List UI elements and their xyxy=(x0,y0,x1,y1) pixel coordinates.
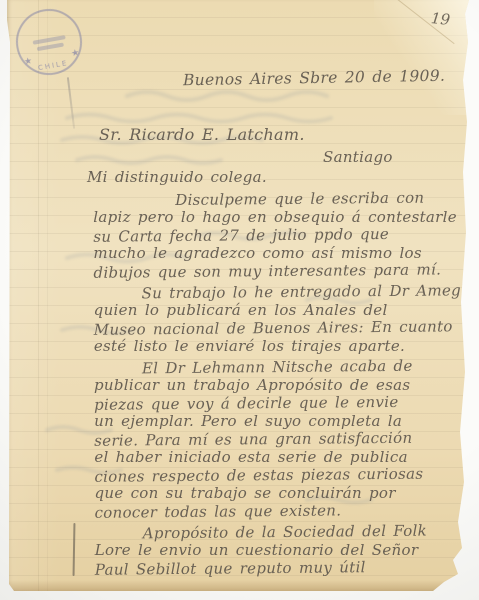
letter-paper: ★ ★ CHILE 19 Buenos Aires Sbre 20 de 190… xyxy=(7,0,469,591)
letter-line: piezas que voy á decirle que le envie xyxy=(94,392,466,414)
letter-line: conocer todas las que existen. xyxy=(94,500,466,522)
dateline: Buenos Aires Sbre 20 de 1909. xyxy=(183,67,445,90)
letter-line: dibujos que son muy interesantes para mí… xyxy=(93,260,465,282)
library-stamp: ★ ★ CHILE xyxy=(11,4,87,80)
paper-fold-line xyxy=(38,0,39,591)
paragraph: El Dr Lehmann Nitsche acaba de publicar … xyxy=(94,357,467,521)
letter-line: Apropósito de la Sociedad del Folk xyxy=(95,521,467,543)
letter-line: serie. Para mí es una gran satisfacción xyxy=(94,428,466,450)
letter-line: el haber iniciado esta serie de publica xyxy=(94,448,466,466)
letter-line: que con su trabajo se concluirán por xyxy=(94,484,466,502)
letter-line: esté listo le enviaré los tirajes aparte… xyxy=(94,337,466,355)
paragraph: Disculpeme que le escriba con lapiz pero… xyxy=(93,189,465,281)
stamp-smudge xyxy=(37,43,64,52)
letter-line: Su trabajo lo he entregado al Dr Ameghin… xyxy=(94,281,466,303)
margin-pencil-mark xyxy=(73,523,76,576)
salutation: Mi distinguido colega. xyxy=(87,168,267,186)
letter-line: su Carta fecha 27 de julio ppdo que xyxy=(93,224,465,246)
letter-line: Paul Sebillot que reputo muy útil xyxy=(95,557,467,579)
letter-line: Museo nacional de Buenos Aires: En cuant… xyxy=(94,317,466,339)
recipient-city: Santiago xyxy=(323,148,393,166)
recipient-name: Sr. Ricardo E. Latcham. xyxy=(99,125,305,144)
letter-line: quien lo publicará en los Anales del xyxy=(94,301,466,319)
paragraph: Su trabajo lo he entregado al Dr Ameghin… xyxy=(94,282,466,356)
letter-body: Disculpeme que le escriba con lapiz pero… xyxy=(93,189,467,581)
letter-line: un ejemplar. Pero el suyo completa la xyxy=(94,412,466,430)
paragraph: Apropósito de la Sociedad del Folk Lore … xyxy=(95,522,467,578)
page-number: 19 xyxy=(430,9,451,29)
pencil-stroke xyxy=(67,77,75,129)
letter-line: publicar un trabajo Apropósito de esas xyxy=(94,376,466,394)
letter-line: lapiz pero lo hago en obsequio á contest… xyxy=(93,208,465,226)
letter-line: Disculpeme que le escriba con xyxy=(93,188,465,210)
letter-line: El Dr Lehmann Nitsche acaba de xyxy=(94,356,466,378)
letter-line: Lore le envio un cuestionario del Señor xyxy=(95,541,467,559)
scanned-letter-page: { "document": { "page_number": "19", "st… xyxy=(0,0,479,600)
letter-line: ciones respecto de estas piezas curiosas xyxy=(94,464,466,486)
letter-line: mucho le agradezco como así mismo los xyxy=(93,244,465,262)
